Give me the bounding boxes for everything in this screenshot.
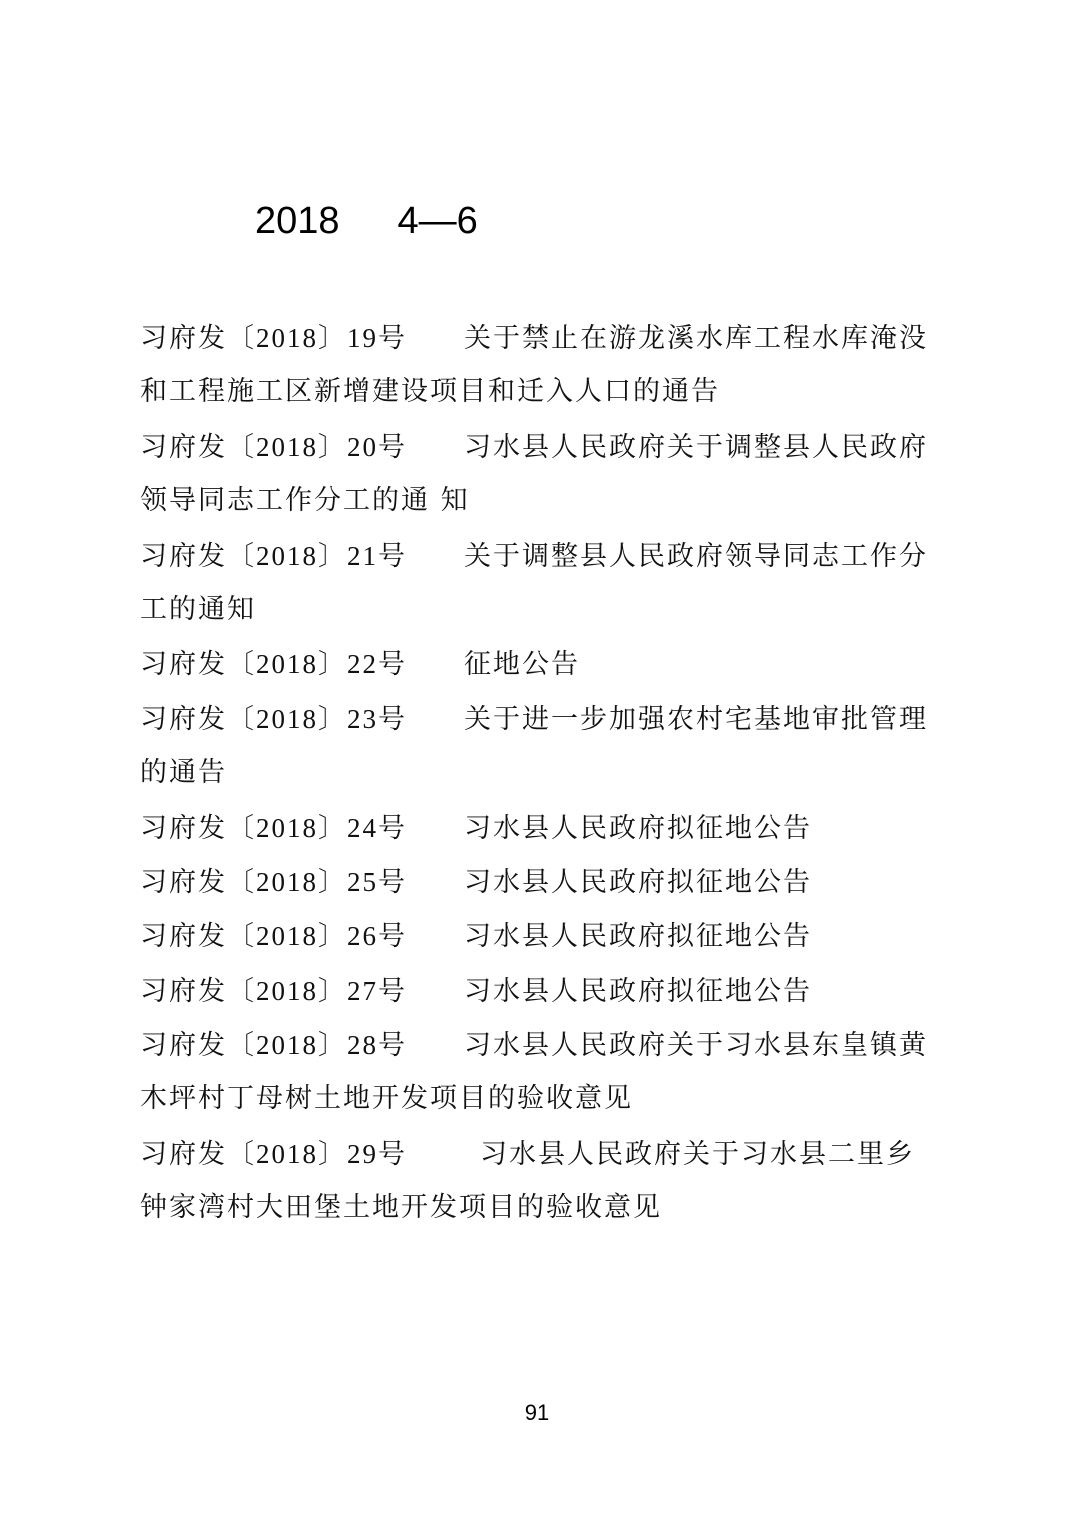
document-number: 习府发〔2018〕22号 — [140, 637, 464, 691]
list-item-continuation: 木坪村丁母树土地开发项目的验收意见 — [140, 1072, 940, 1126]
document-title: 关于禁止在游龙溪水库工程水库淹没 — [464, 323, 928, 354]
document-number: 习府发〔2018〕20号 — [140, 420, 464, 474]
document-title: 习水县人民政府拟征地公告 — [464, 813, 812, 844]
list-item: 习府发〔2018〕20号习水县人民政府关于调整县人民政府 — [140, 420, 940, 474]
document-number: 习府发〔2018〕25号 — [140, 855, 464, 909]
document-number: 习府发〔2018〕29号 — [140, 1127, 480, 1181]
document-number: 习府发〔2018〕24号 — [140, 801, 464, 855]
document-title-continued: 和工程施工区新增建设项目和迁入人口的通告 — [140, 376, 720, 407]
document-title: 关于调整县人民政府领导同志工作分 — [464, 541, 928, 572]
document-list: 习府发〔2018〕19号关于禁止在游龙溪水库工程水库淹没 和工程施工区新增建设项… — [140, 311, 940, 1236]
document-number: 习府发〔2018〕23号 — [140, 692, 464, 746]
list-item: 习府发〔2018〕23号关于进一步加强农村宅基地审批管理 — [140, 692, 940, 746]
document-title-continued: 木坪村丁母树土地开发项目的验收意见 — [140, 1083, 633, 1114]
document-title: 关于进一步加强农村宅基地审批管理 — [464, 704, 928, 735]
list-item: 习府发〔2018〕21号关于调整县人民政府领导同志工作分 — [140, 529, 940, 583]
document-title: 征地公告 — [464, 649, 580, 680]
list-item: 习府发〔2018〕25号习水县人民政府拟征地公告 — [140, 855, 940, 909]
document-title: 习水县人民政府关于习水县东皇镇黄 — [464, 1030, 928, 1061]
list-item: 习府发〔2018〕24号习水县人民政府拟征地公告 — [140, 801, 940, 855]
document-title: 习水县人民政府拟征地公告 — [464, 921, 812, 952]
document-number: 习府发〔2018〕28号 — [140, 1018, 464, 1072]
document-title: 习水县人民政府拟征地公告 — [464, 867, 812, 898]
list-item-continuation: 和工程施工区新增建设项目和迁入人口的通告 — [140, 365, 940, 419]
heading-month-range: 4—6 — [398, 196, 478, 246]
list-item: 习府发〔2018〕19号关于禁止在游龙溪水库工程水库淹没 — [140, 311, 940, 365]
list-item-continuation: 领导同志工作分工的通 知 — [140, 474, 940, 528]
document-number: 习府发〔2018〕26号 — [140, 909, 464, 963]
list-item: 习府发〔2018〕28号习水县人民政府关于习水县东皇镇黄 — [140, 1018, 940, 1072]
list-item-continuation: 工的通知 — [140, 583, 940, 637]
document-number: 习府发〔2018〕27号 — [140, 964, 464, 1018]
document-title-continued: 的通告 — [140, 757, 227, 788]
document-number: 习府发〔2018〕19号 — [140, 311, 464, 365]
document-number: 习府发〔2018〕21号 — [140, 529, 464, 583]
document-title: 习水县人民政府关于调整县人民政府 — [464, 432, 928, 463]
document-heading: 20184—6 — [255, 196, 478, 246]
list-item: 习府发〔2018〕27号习水县人民政府拟征地公告 — [140, 964, 940, 1018]
document-title-continued: 工的通知 — [140, 594, 256, 625]
list-item: 习府发〔2018〕26号习水县人民政府拟征地公告 — [140, 909, 940, 963]
list-item: 习府发〔2018〕22号征地公告 — [140, 637, 940, 691]
list-item-continuation: 的通告 — [140, 746, 940, 800]
page-number: 91 — [0, 1400, 1074, 1426]
document-title: 习水县人民政府关于习水县二里乡 — [480, 1139, 915, 1170]
heading-year: 2018 — [255, 196, 340, 246]
list-item-continuation: 钟家湾村大田堡土地开发项目的验收意见 — [140, 1181, 940, 1235]
document-title-continued: 领导同志工作分工的通 知 — [140, 485, 470, 516]
document-title-continued: 钟家湾村大田堡土地开发项目的验收意见 — [140, 1192, 662, 1223]
document-title: 习水县人民政府拟征地公告 — [464, 976, 812, 1007]
list-item: 习府发〔2018〕29号习水县人民政府关于习水县二里乡 — [140, 1127, 940, 1181]
